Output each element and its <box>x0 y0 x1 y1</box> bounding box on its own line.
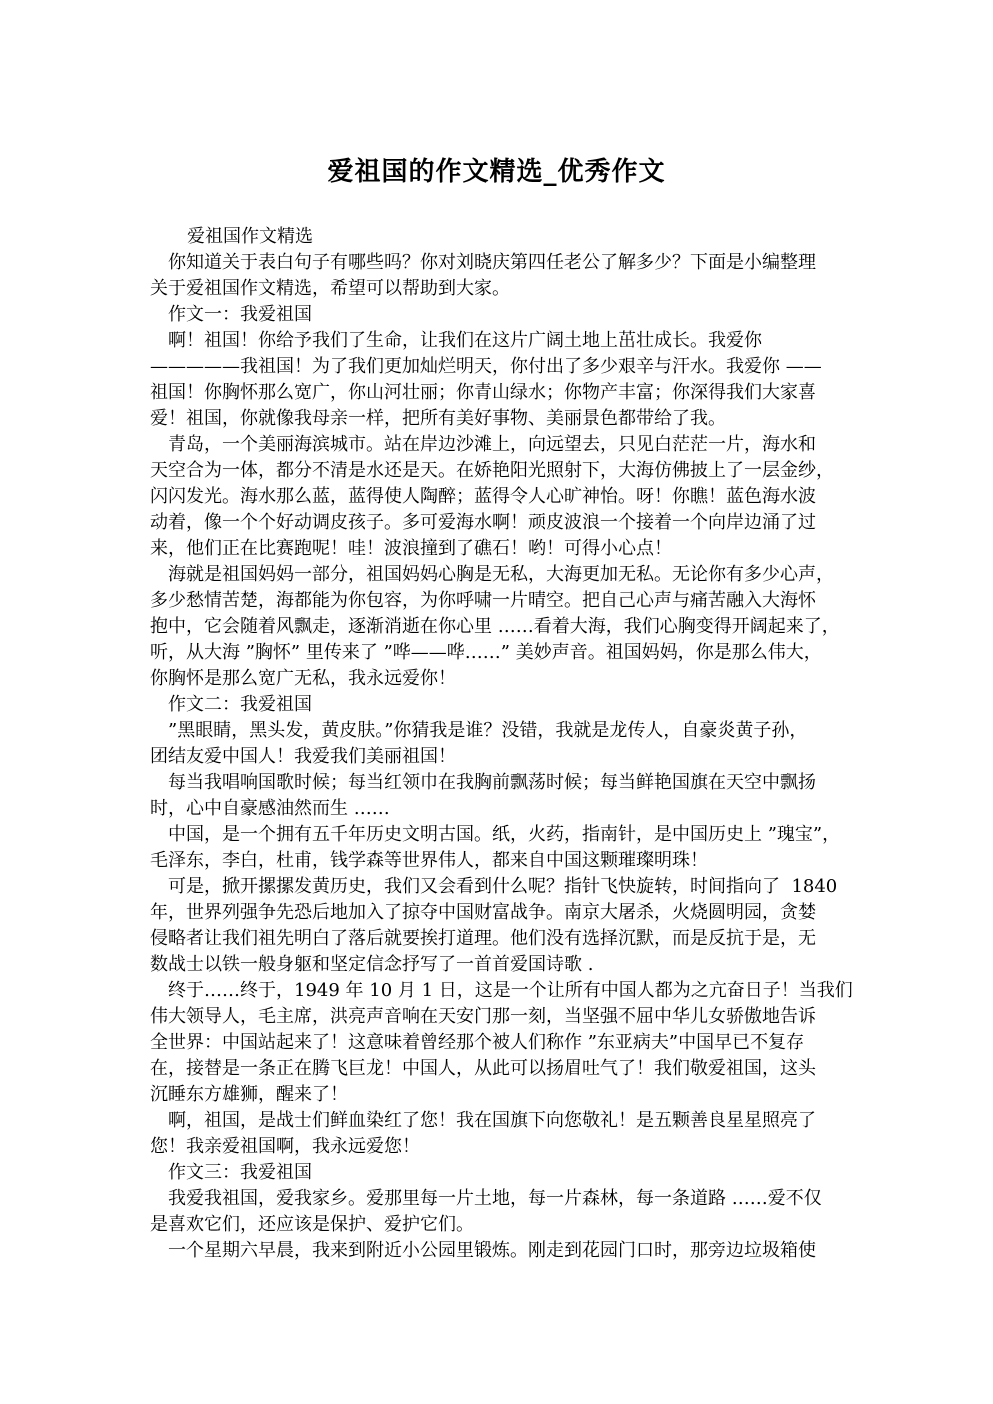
text-line: 每当我唱响国歌时候；每当红领巾在我胸前飘荡时候；每当鲜艳国旗在天空中飘扬 <box>150 770 862 796</box>
text-line: 作文二：我爱祖国 <box>150 692 862 718</box>
text-line: 你胸怀是那么宽广无私，我永远爱你！ <box>150 666 862 692</box>
text-line: 海就是祖国妈妈一部分，祖国妈妈心胸是无私，大海更加无私。无论你有多少心声， <box>150 562 862 588</box>
text-line: 闪闪发光。海水那么蓝，蓝得使人陶醉；蓝得令人心旷神怡。呀！你瞧！蓝色海水波 <box>150 484 862 510</box>
text-line: 作文三：我爱祖国 <box>150 1160 862 1186</box>
text-line: 抱中，它会随着风飘走，逐渐消逝在你心里 ……看着大海，我们心胸变得开阔起来了， <box>150 614 862 640</box>
text-line: 可是，掀开摞摞发黄历史，我们又会看到什么呢？指针飞快旋转，时间指向了 1840 <box>150 874 862 900</box>
text-line: ”黑眼睛，黑头发，黄皮肤。”你猜我是谁？没错，我就是龙传人，自豪炎黄子孙， <box>150 718 862 744</box>
text-line: 伟大领导人，毛主席，洪亮声音响在天安门那一刻，当坚强不屈中华儿女骄傲地告诉 <box>150 1004 862 1030</box>
text-line: 沉睡东方雄狮，醒来了！ <box>150 1082 862 1108</box>
text-line: 您！我亲爱祖国啊，我永远爱您！ <box>150 1134 862 1160</box>
text-line: 啊，祖国，是战士们鲜血染红了您！我在国旗下向您敬礼！是五颗善良星星照亮了 <box>150 1108 862 1134</box>
text-line: 作文一：我爱祖国 <box>150 302 862 328</box>
text-line: 全世界：中国站起来了！这意味着曾经那个被人们称作 ”东亚病夫”中国早已不复存 <box>150 1030 862 1056</box>
text-line: 在，接替是一条正在腾飞巨龙！中国人，从此可以扬眉吐气了！我们敬爱祖国，这头 <box>150 1056 862 1082</box>
text-line: 天空合为一体，都分不清是水还是天。在娇艳阳光照射下，大海仿佛披上了一层金纱， <box>150 458 862 484</box>
text-line: 毛泽东，李白，杜甫，钱学森等世界伟人，都来自中国这颗璀璨明珠！ <box>150 848 862 874</box>
document-body: 爱祖国作文精选你知道关于表白句子有哪些吗？你对刘晓庆第四任老公了解多少？下面是小… <box>150 224 862 1264</box>
document-page: 爱祖国的作文精选_优秀作文 爱祖国作文精选你知道关于表白句子有哪些吗？你对刘晓庆… <box>0 0 993 1404</box>
text-line: 你知道关于表白句子有哪些吗？你对刘晓庆第四任老公了解多少？下面是小编整理 <box>150 250 862 276</box>
text-line: —————我祖国！为了我们更加灿烂明天，你付出了多少艰辛与汗水。我爱你 —— <box>150 354 862 380</box>
text-line: 数战士以铁一般身躯和坚定信念抒写了一首首爱国诗歌 . <box>150 952 862 978</box>
text-line: 一个星期六早晨，我来到附近小公园里锻炼。刚走到花园门口时，那旁边垃圾箱使 <box>150 1238 862 1264</box>
text-line: 爱！祖国，你就像我母亲一样，把所有美好事物、美丽景色都带给了我。 <box>150 406 862 432</box>
text-line: 青岛，一个美丽海滨城市。站在岸边沙滩上，向远望去，只见白茫茫一片，海水和 <box>150 432 862 458</box>
text-line: 听，从大海 ”胸怀” 里传来了 ”哗——哗……” 美妙声音。祖国妈妈，你是那么伟… <box>150 640 862 666</box>
text-line: 来，他们正在比赛跑呢！哇！波浪撞到了礁石！哟！可得小心点！ <box>150 536 862 562</box>
text-line: 啊！祖国！你给予我们了生命，让我们在这片广阔土地上茁壮成长。我爱你 <box>150 328 862 354</box>
text-line: 是喜欢它们，还应该是保护、爱护它们。 <box>150 1212 862 1238</box>
text-line: 中国，是一个拥有五千年历史文明古国。纸，火药，指南针，是中国历史上 ”瑰宝”， <box>150 822 862 848</box>
text-line: 爱祖国作文精选 <box>150 224 862 250</box>
text-line: 年，世界列强争先恐后地加入了掠夺中国财富战争。南京大屠杀，火烧圆明园，贪婪 <box>150 900 862 926</box>
text-line: 侵略者让我们祖先明白了落后就要挨打道理。他们没有选择沉默，而是反抗于是，无 <box>150 926 862 952</box>
text-line: 终于……终于，1949 年 10 月 1 日，这是一个让所有中国人都为之亢奋日子… <box>150 978 862 1004</box>
text-line: 时，心中自豪感油然而生 …… <box>150 796 862 822</box>
text-line: 多少愁情苦楚，海都能为你包容，为你呼啸一片晴空。把自己心声与痛苦融入大海怀 <box>150 588 862 614</box>
text-line: 团结友爱中国人！我爱我们美丽祖国！ <box>150 744 862 770</box>
text-line: 祖国！你胸怀那么宽广，你山河壮丽；你青山绿水；你物产丰富；你深得我们大家喜 <box>150 380 862 406</box>
document-title: 爱祖国的作文精选_优秀作文 <box>0 151 993 188</box>
text-line: 关于爱祖国作文精选，希望可以帮助到大家。 <box>150 276 862 302</box>
text-line: 动着，像一个个好动调皮孩子。多可爱海水啊！顽皮波浪一个接着一个向岸边涌了过 <box>150 510 862 536</box>
text-line: 我爱我祖国，爱我家乡。爱那里每一片土地，每一片森林，每一条道路 ……爱不仅 <box>150 1186 862 1212</box>
